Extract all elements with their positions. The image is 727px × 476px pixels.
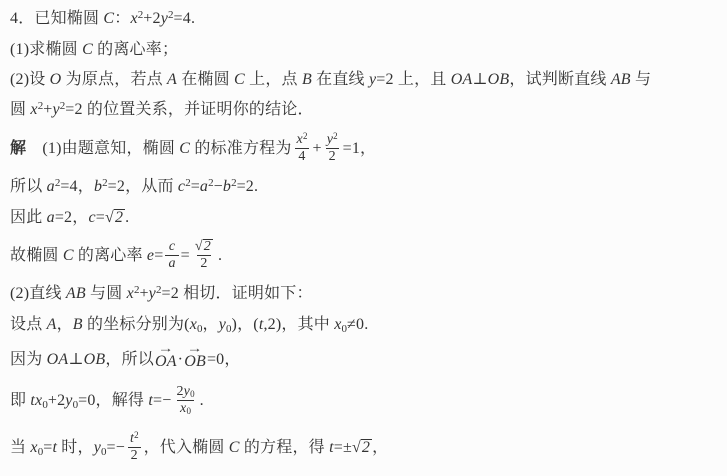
math-variable: C	[63, 247, 74, 264]
math-variable: a	[47, 178, 55, 195]
math-subscript: 0	[42, 399, 48, 411]
math-superscript: 2	[55, 177, 61, 189]
radicand: 2	[114, 209, 125, 227]
math-variable: AB	[611, 71, 631, 88]
text-run: =2 的位置关系，并证明你的结论．	[65, 101, 313, 118]
text-run: 的方程，得	[240, 439, 329, 456]
math-subscript: 0	[101, 446, 107, 458]
text-run: (2)设	[10, 71, 50, 88]
math-variable: y	[52, 101, 59, 118]
text-run: ⊥	[472, 71, 487, 88]
math-superscript: 2	[156, 284, 162, 296]
math-superscript: 2	[60, 100, 66, 112]
text-run: 为原点，若点	[61, 71, 167, 88]
text-run: 故椭圆	[10, 247, 63, 264]
text-run: ⊥	[68, 351, 83, 368]
fraction-denominator: 2	[197, 255, 210, 272]
text-run: 2	[200, 256, 207, 271]
math-variable: OB	[488, 71, 510, 88]
math-subscript: 0	[226, 323, 232, 335]
math-variable: y	[94, 439, 101, 456]
fraction-denominator: x0	[177, 400, 194, 417]
text-run: =	[191, 178, 200, 195]
math-subscript: 0	[73, 399, 79, 411]
text-run: ，所以	[105, 351, 154, 368]
math-variable: x	[190, 316, 197, 333]
text-run: 4	[298, 149, 305, 164]
solution-part1-a-c-values: 因此 a=2，c=√2.	[10, 203, 719, 233]
text-run: +	[139, 285, 148, 302]
text-run: =4.	[174, 10, 196, 27]
question-2-line-1: (2)设 O 为原点，若点 A 在椭圆 C 上，点 B 在直线 y=2 上，且 …	[10, 65, 719, 95]
fraction-numerator: 2y0	[173, 384, 197, 400]
text-run: +2	[143, 10, 160, 27]
text-run: =−	[107, 439, 125, 456]
solution-part2-coordinates: 设点 A，B 的坐标分别为(x0，y0)，(t,2)，其中 x0≠0.	[10, 310, 719, 341]
text-run: 的标准方程为	[190, 140, 291, 157]
fraction-denominator: 4	[295, 148, 308, 165]
text-run: (2)直线	[10, 285, 66, 302]
math-superscript: 2	[38, 100, 44, 112]
math-variable: O	[50, 71, 62, 88]
text-run: 在椭圆	[177, 71, 234, 88]
math-superscript: 2	[208, 177, 214, 189]
math-fraction: ca	[165, 239, 178, 272]
math-square-root: √2	[105, 209, 125, 226]
text-run: 所以	[10, 178, 47, 195]
math-fraction: x24	[294, 132, 311, 165]
fraction-denominator: 2	[326, 148, 339, 165]
radicand: 2	[203, 239, 213, 255]
text-run: 2	[131, 448, 138, 463]
text-run: 与圆	[86, 285, 127, 302]
math-variable: a	[168, 256, 175, 271]
math-variable: c	[88, 209, 95, 226]
text-run: 时，	[57, 439, 94, 456]
text-run: =	[96, 209, 105, 226]
math-variable: b	[94, 178, 102, 195]
text-run: =4，	[60, 178, 94, 195]
math-subscript: 0	[342, 323, 348, 335]
text-run: =0，	[207, 351, 241, 368]
text-run: 在直线	[312, 71, 369, 88]
text-run: 的离心率；	[93, 41, 178, 58]
math-variable: x	[297, 132, 303, 147]
text-run: 的离心率	[74, 247, 147, 264]
vector-name: OA	[155, 353, 177, 370]
math-variable: AB	[66, 285, 86, 302]
solution-part2-perpendicular: 因为 OA⊥OB，所以→OA·→OB=0，	[10, 341, 719, 378]
math-variable: A	[167, 71, 177, 88]
text-run: 因为	[10, 351, 47, 368]
text-run: .	[125, 209, 129, 226]
math-superscript: 2	[134, 430, 139, 440]
fraction-numerator: y2	[324, 132, 341, 148]
math-variable: a	[200, 178, 208, 195]
math-superscript: 2	[138, 9, 144, 21]
text-run: .	[200, 392, 204, 409]
math-variable: B	[73, 316, 83, 333]
solution-part1-abc-squared: 所以 a2=4，b2=2，从而 c2=a2−b2=2.	[10, 172, 719, 203]
text-run: −	[214, 178, 223, 195]
math-square-root: √2	[352, 439, 372, 456]
text-run: ，	[57, 316, 73, 333]
text-run: =2，	[55, 209, 89, 226]
text-run: =2.	[237, 178, 259, 195]
vector-arrow-icon: →	[181, 345, 209, 353]
text-run: 4．已知椭圆	[10, 10, 103, 27]
fraction-denominator: 2	[128, 447, 141, 464]
math-variable: a	[47, 209, 55, 226]
math-variable: y	[65, 392, 72, 409]
text-run: 的坐标分别为(	[83, 316, 190, 333]
text-run: =1，	[343, 140, 377, 157]
math-fraction: 2y0x0	[173, 384, 197, 417]
math-vector: →OB	[184, 345, 206, 370]
fraction-denominator: a	[165, 255, 178, 272]
math-variable: C	[103, 10, 114, 27]
math-variable: tx	[30, 392, 42, 409]
math-variable: OA	[451, 71, 473, 88]
math-variable: x	[334, 316, 341, 333]
solution-part2-claim: (2)直线 AB 与圆 x2+y2=2 相切．证明如下：	[10, 279, 719, 310]
math-variable: B	[302, 71, 312, 88]
text-run: 即	[10, 392, 30, 409]
math-square-root: √2	[195, 239, 213, 254]
text-run: ,2)，其中	[263, 316, 334, 333]
radicand: 2	[361, 439, 372, 457]
radical-sign-icon: √	[105, 209, 114, 226]
text-run: ，试判断直线	[509, 71, 610, 88]
math-variable: y	[149, 285, 156, 302]
math-superscript: 2	[134, 284, 140, 296]
question-2-line-2: 圆 x2+y2=2 的位置关系，并证明你的结论．	[10, 95, 719, 126]
math-superscript: 2	[185, 177, 191, 189]
text-run: )，(	[232, 316, 259, 333]
math-superscript: 2	[231, 177, 237, 189]
text-run: 当	[10, 439, 30, 456]
math-variable: C	[82, 41, 93, 58]
math-superscript: 2	[303, 131, 308, 141]
math-fraction: t22	[127, 431, 142, 464]
text-run: 2	[329, 149, 336, 164]
radical-sign-icon: √	[195, 239, 203, 254]
math-variable: x	[130, 10, 137, 27]
math-variable: x	[127, 285, 134, 302]
question-1: (1)求椭圆 C 的离心率；	[10, 35, 719, 65]
math-document-page: 4．已知椭圆 C：x2+2y2=4.(1)求椭圆 C 的离心率；(2)设 O 为…	[0, 0, 727, 476]
solution-part2-solve-t: 即 tx0+2y0=0，解得 t=−2y0x0.	[10, 378, 719, 425]
math-variable: C	[179, 140, 190, 157]
math-superscript: 2	[333, 131, 338, 141]
vector-arrow-icon: →	[152, 345, 180, 353]
math-variable: y	[161, 10, 168, 27]
text-run: +2	[48, 392, 65, 409]
text-run: ，	[203, 316, 219, 333]
text-run: 因此	[10, 209, 47, 226]
text-run: =2 相切．证明如下：	[161, 285, 312, 302]
text-run: ≠0.	[347, 316, 368, 333]
math-fraction: √22	[192, 239, 216, 272]
text-run: ，	[372, 439, 388, 456]
solution-part2-substitute: 当 x0=t 时，y0=−t22，代入椭圆 C 的方程，得 t=±√2，	[10, 425, 719, 472]
solution-part1-eccentricity: 故椭圆 C 的离心率 e=ca=√22.	[10, 233, 719, 279]
text-run: =2，从而	[108, 178, 178, 195]
text-run: 圆	[10, 101, 30, 118]
text-run: =−	[153, 392, 171, 409]
fraction-numerator: x2	[294, 132, 311, 148]
solution-part1-standard-equation: 解 (1)由题意知，椭圆 C 的标准方程为x24+y22=1，	[10, 126, 719, 172]
text-run: 设点	[10, 316, 47, 333]
text-run: =±	[334, 439, 352, 456]
math-variable: x	[30, 101, 37, 118]
math-variable: y	[219, 316, 226, 333]
radical-sign-icon: √	[352, 439, 361, 456]
problem-statement: 4．已知椭圆 C：x2+2y2=4.	[10, 4, 719, 35]
math-vector: →OA	[155, 345, 177, 370]
math-subscript: 0	[197, 323, 203, 335]
math-variable: b	[223, 178, 231, 195]
math-variable: c	[169, 239, 175, 254]
math-variable: x	[30, 439, 37, 456]
text-run: =	[181, 247, 190, 264]
text-run: .	[218, 247, 222, 264]
text-run: =0，解得	[78, 392, 148, 409]
math-variable: OA	[47, 351, 69, 368]
text-run: ·	[178, 351, 184, 368]
math-variable: C	[234, 71, 245, 88]
solution-label: 解	[10, 140, 26, 157]
math-variable: C	[229, 439, 240, 456]
text-run: 2	[176, 384, 183, 399]
math-fraction: y22	[324, 132, 341, 165]
math-superscript: 2	[102, 177, 108, 189]
fraction-numerator: √2	[192, 239, 216, 255]
text-run: (1)求椭圆	[10, 41, 82, 58]
math-superscript: 2	[168, 9, 174, 21]
text-run: 上，点	[245, 71, 302, 88]
math-subscript: 0	[190, 389, 195, 399]
vector-name: OB	[184, 353, 206, 370]
text-run: +	[312, 140, 321, 157]
math-variable: OB	[84, 351, 106, 368]
math-variable: A	[47, 316, 57, 333]
fraction-numerator: c	[166, 239, 178, 255]
text-run: ，代入椭圆	[144, 439, 229, 456]
text-run: =	[154, 247, 163, 264]
math-subscript: 0	[38, 446, 44, 458]
text-run: 与	[631, 71, 651, 88]
text-run: (1)由题意知，椭圆	[26, 140, 179, 157]
text-run: ：	[114, 10, 130, 27]
text-run: =2 上，且	[376, 71, 450, 88]
fraction-numerator: t2	[127, 431, 142, 447]
math-subscript: 0	[186, 406, 191, 416]
